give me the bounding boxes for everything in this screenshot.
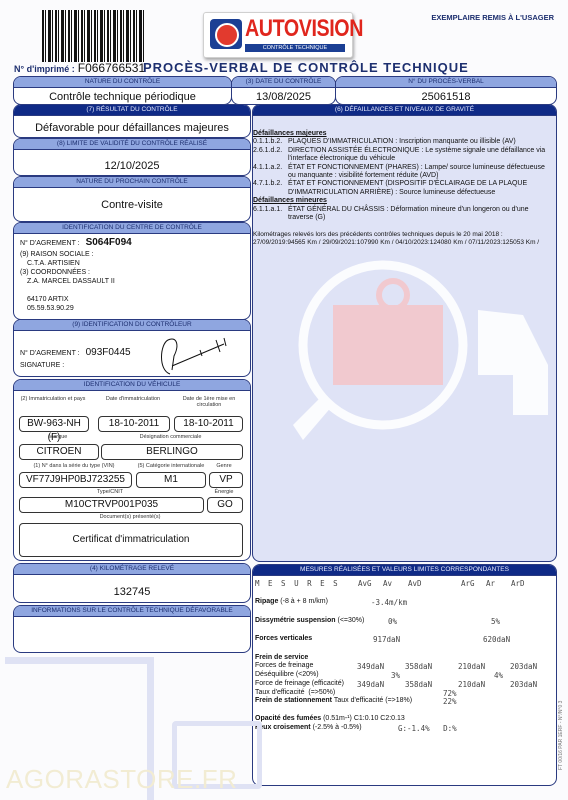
- defaillance-text: ÉTAT ET FONCTIONNEMENT (PHARES) : Lampe/…: [288, 164, 551, 181]
- col-ar: Ar: [486, 579, 495, 588]
- vin-label: (1) N° dans la série du type (VIN): [19, 463, 129, 469]
- magnifier-car-watermark-icon: [263, 255, 553, 465]
- ripage-value: -3.4m/km: [371, 598, 407, 607]
- autovision-logo: AUTOVISION CONTRÔLE TECHNIQUE AUTOMOBILE: [203, 12, 353, 58]
- raison-label: (9) RAISON SOCIALE :: [20, 250, 244, 259]
- first-circ-label: Date de 1ère mise en circulation: [176, 396, 242, 408]
- defaillance-item: 2.6.1.d.2.DIRECTION ASSISTÉE ÉLECTRONIQU…: [253, 147, 551, 164]
- date-immat-field: 18-10-2011: [98, 416, 170, 432]
- forces-vert-ar: 620daN: [483, 635, 510, 644]
- printed-value: F066766531: [78, 61, 145, 75]
- defaillance-item: 6.1.1.a.1.ÉTAT GÉNÉRAL DU CHÂSSIS : Défo…: [253, 206, 551, 223]
- forces-vert-av: 917daN: [373, 635, 400, 644]
- side-form-code: FT 00/16 PAR 1ERF - N°/N°0 3: [558, 640, 566, 770]
- watermark-text: AGORASTORE.FR: [6, 764, 237, 795]
- marque-field: CITROEN: [19, 444, 99, 460]
- col-av: Av: [383, 579, 392, 588]
- nature-value: Contrôle technique périodique: [14, 91, 231, 103]
- center-label: IDENTIFICATION DU CENTRE DE CONTRÔLE: [14, 223, 250, 234]
- signature-scribble: [154, 330, 234, 376]
- next-control-value: Contre-visite: [14, 199, 250, 211]
- defaillances-box: (6) DÉFAILLANCES ET NIVEAUX DE GRAVITÉ D…: [252, 104, 557, 562]
- next-control-box: NATURE DU PROCHAIN CONTRÔLE Contre-visit…: [13, 176, 251, 222]
- force-eff-label: Force de freinage (efficacité): [255, 680, 344, 687]
- autovision-emblem-icon: [210, 19, 242, 49]
- categorie-label: (5) Catégorie internationale: [136, 463, 206, 469]
- defaillance-text: ÉTAT GÉNÉRAL DU CHÂSSIS : Déformation mi…: [288, 206, 551, 223]
- desequilibre-av: 3%: [391, 671, 400, 680]
- docs-label: Document(s) présenté(s): [19, 514, 241, 520]
- immat-label: (2) Immatriculation et pays: [18, 396, 88, 402]
- defaillance-code: 4.7.1.b.2.: [253, 180, 288, 197]
- col-avd: AvD: [408, 579, 422, 588]
- opacite-value: (0.51m-¹) C1:0.10 C2:0.13: [323, 715, 405, 722]
- desequilibre-label: Déséquilibre (<20%): [255, 671, 319, 678]
- validity-value: 12/10/2025: [14, 160, 250, 172]
- center-phone: 05.59.53.90.29: [20, 304, 244, 313]
- taux-label: Taux d'efficacité: [255, 689, 304, 696]
- dissym-ar: 5%: [491, 617, 500, 626]
- categorie-field: M1: [136, 472, 206, 488]
- col-ard: ArD: [511, 579, 525, 588]
- genre-field: VP: [209, 472, 243, 488]
- minor-title: Défaillances mineures: [253, 197, 551, 205]
- vin-field: VF77J9HP0BJ723255: [19, 472, 132, 488]
- defaillance-item: 0.1.1.b.2.PLAQUES D'IMMATRICULATION : In…: [253, 138, 551, 146]
- ff-avd: 358daN: [405, 662, 432, 671]
- date-immat-label: Date d'immatriculation: [98, 396, 168, 402]
- defaillance-code: 2.6.1.d.2.: [253, 147, 288, 164]
- feux-value: G:-1.4% D:%: [398, 724, 457, 733]
- info-defavorable-label: INFORMATIONS SUR LE CONTRÔLE TECHNIQUE D…: [14, 606, 250, 617]
- immat-field: BW-963-NH (F): [19, 416, 89, 432]
- fe-arg: 210daN: [458, 680, 485, 689]
- defaillance-code: 4.1.1.a.2.: [253, 164, 288, 181]
- designation-field: BERLINGO: [101, 444, 243, 460]
- defaillance-item: 4.1.1.a.2.ÉTAT ET FONCTIONNEMENT (PHARES…: [253, 164, 551, 181]
- desequilibre-ar: 4%: [494, 671, 503, 680]
- type-field: M10CTRVP001P035: [19, 497, 204, 513]
- stationnement-value: 22%: [443, 697, 457, 706]
- defaillance-code: 0.1.1.b.2.: [253, 138, 288, 146]
- validity-label: (8) LIMITE DE VALIDITÉ DU CONTRÔLE RÉALI…: [14, 139, 250, 150]
- first-circ-field: 18-10-2011: [174, 416, 243, 432]
- result-label: (7) RÉSULTAT DU CONTRÔLE: [14, 105, 250, 116]
- major-title: Défaillances majeures: [253, 130, 551, 138]
- measures-head: M E S U R E S: [255, 579, 340, 588]
- result-value: Défavorable pour défaillances majeures: [14, 122, 250, 134]
- energie-field: GO: [207, 497, 243, 513]
- brand-subtitle: CONTRÔLE TECHNIQUE AUTOMOBILE: [245, 44, 345, 52]
- frein-service-label: Frein de service: [255, 654, 308, 661]
- pv-box: N° DU PROCÈS-VERBAL 25061518: [335, 76, 557, 105]
- info-defavorable-box: INFORMATIONS SUR LE CONTRÔLE TECHNIQUE D…: [13, 605, 251, 653]
- coord-label: (3) COORDONNÉES :: [20, 268, 244, 277]
- docs-field: Certificat d'immatriculation: [19, 523, 243, 557]
- defaillance-item: 4.7.1.b.2.ÉTAT ET FONCTIONNEMENT (DISPOS…: [253, 180, 551, 197]
- date-value: 13/08/2025: [232, 91, 335, 103]
- type-label: Type/CNIT: [19, 489, 201, 495]
- vehicle-box: IDENTIFICATION DU VÉHICULE (2) Immatricu…: [13, 379, 251, 561]
- stationnement-label: Frein de stationnement: [255, 697, 332, 704]
- marque-label: Marque: [19, 434, 97, 440]
- next-control-label: NATURE DU PROCHAIN CONTRÔLE: [14, 177, 250, 188]
- dissym-label: Dissymétrie suspension: [255, 617, 336, 624]
- date-label: (3) DATE DU CONTRÔLE: [232, 77, 335, 88]
- ripage-label: Ripage: [255, 598, 278, 605]
- col-arg: ArG: [461, 579, 475, 588]
- forces-vert-label: Forces verticales: [255, 635, 312, 642]
- fe-avg: 349daN: [357, 680, 384, 689]
- barcode: [42, 10, 145, 62]
- designation-label: Désignation commerciale: [100, 434, 241, 440]
- controller-box: (9) IDENTIFICATION DU CONTRÔLEUR N° D'AG…: [13, 319, 251, 377]
- defaillance-code: 6.1.1.a.1.: [253, 206, 288, 223]
- mileage-box: (4) KILOMÉTRAGE RELEVÉ 132745: [13, 563, 251, 603]
- defaillance-text: PLAQUES D'IMMATRICULATION : Inscription …: [288, 138, 516, 146]
- defaillance-text: ÉTAT ET FONCTIONNEMENT (DISPOSITIF D'ÉCL…: [288, 180, 551, 197]
- ff-arg: 210daN: [458, 662, 485, 671]
- nature-label: NATURE DU CONTRÔLE: [14, 77, 231, 88]
- measures-box: MESURES RÉALISÉES ET VALEURS LIMITES COR…: [252, 564, 557, 786]
- fe-avd: 358daN: [405, 680, 432, 689]
- feux-limit: (-2.5% à -0.5%): [313, 724, 362, 731]
- raison-value: C.T.A. ARTISIEN: [20, 259, 244, 268]
- ripage-limit: (-8 à + 8 m/km): [280, 598, 328, 605]
- defaillance-text: DIRECTION ASSISTÉE ÉLECTRONIQUE : Le sys…: [288, 147, 551, 164]
- address-line2: 64170 ARTIX: [20, 295, 244, 304]
- defaillances-label: (6) DÉFAILLANCES ET NIVEAUX DE GRAVITÉ: [253, 105, 556, 116]
- validity-box: (8) LIMITE DE VALIDITÉ DU CONTRÔLE RÉALI…: [13, 138, 251, 176]
- pv-label: N° DU PROCÈS-VERBAL: [336, 77, 556, 88]
- feux-label: Feux croisement: [255, 724, 311, 731]
- ff-avg: 349daN: [357, 662, 384, 671]
- nature-box: NATURE DU CONTRÔLE Contrôle technique pé…: [13, 76, 232, 105]
- document-title: PROCÈS-VERBAL DE CONTRÔLE TECHNIQUE: [143, 60, 469, 75]
- center-box: IDENTIFICATION DU CENTRE DE CONTRÔLE N° …: [13, 222, 251, 320]
- taux-limit: (=>50%): [308, 689, 335, 696]
- result-box: (7) RÉSULTAT DU CONTRÔLE Défavorable pou…: [13, 104, 251, 138]
- mileage-label: (4) KILOMÉTRAGE RELEVÉ: [14, 564, 250, 575]
- forces-freinage-label: Forces de freinage: [255, 662, 313, 669]
- dissym-limit: (<=30%): [337, 617, 364, 624]
- ff-ard: 203daN: [510, 662, 537, 671]
- controller-agrement-label: N° D'AGREMENT :: [20, 350, 80, 357]
- date-box: (3) DATE DU CONTRÔLE 13/08/2025: [231, 76, 336, 105]
- col-avg: AvG: [358, 579, 372, 588]
- mileage-history: Kilométrages relevés lors des précédents…: [253, 231, 551, 246]
- measures-label: MESURES RÉALISÉES ET VALEURS LIMITES COR…: [253, 565, 556, 576]
- genre-label: Genre: [207, 463, 241, 469]
- brand-name: AUTOVISION: [245, 15, 363, 43]
- dissym-av: 0%: [388, 617, 397, 626]
- fe-ard: 203daN: [510, 680, 537, 689]
- stationnement-taux-label: Taux d'efficacité (=>18%): [334, 697, 412, 704]
- defaillances-list: Défaillances majeures 0.1.1.b.2.PLAQUES …: [253, 130, 551, 246]
- pv-value: 25061518: [336, 91, 556, 103]
- copy-note: EXEMPLAIRE REMIS À L'USAGER: [431, 13, 554, 22]
- opacite-label: Opacité des fumées: [255, 715, 321, 722]
- mileage-value: 132745: [14, 586, 250, 598]
- printed-number: N° d'imprimé :F066766531: [14, 61, 145, 75]
- printed-label: N° d'imprimé :: [14, 64, 75, 74]
- energie-label: Énergie: [207, 489, 241, 495]
- address-line1: Z.A. MARCEL DASSAULT II: [20, 277, 244, 286]
- center-agrement-label: N° D'AGREMENT :: [20, 240, 80, 247]
- vehicle-label: IDENTIFICATION DU VÉHICULE: [14, 380, 250, 391]
- controller-agrement-value: 093F0445: [86, 347, 131, 358]
- center-agrement-value: S064F094: [86, 237, 132, 248]
